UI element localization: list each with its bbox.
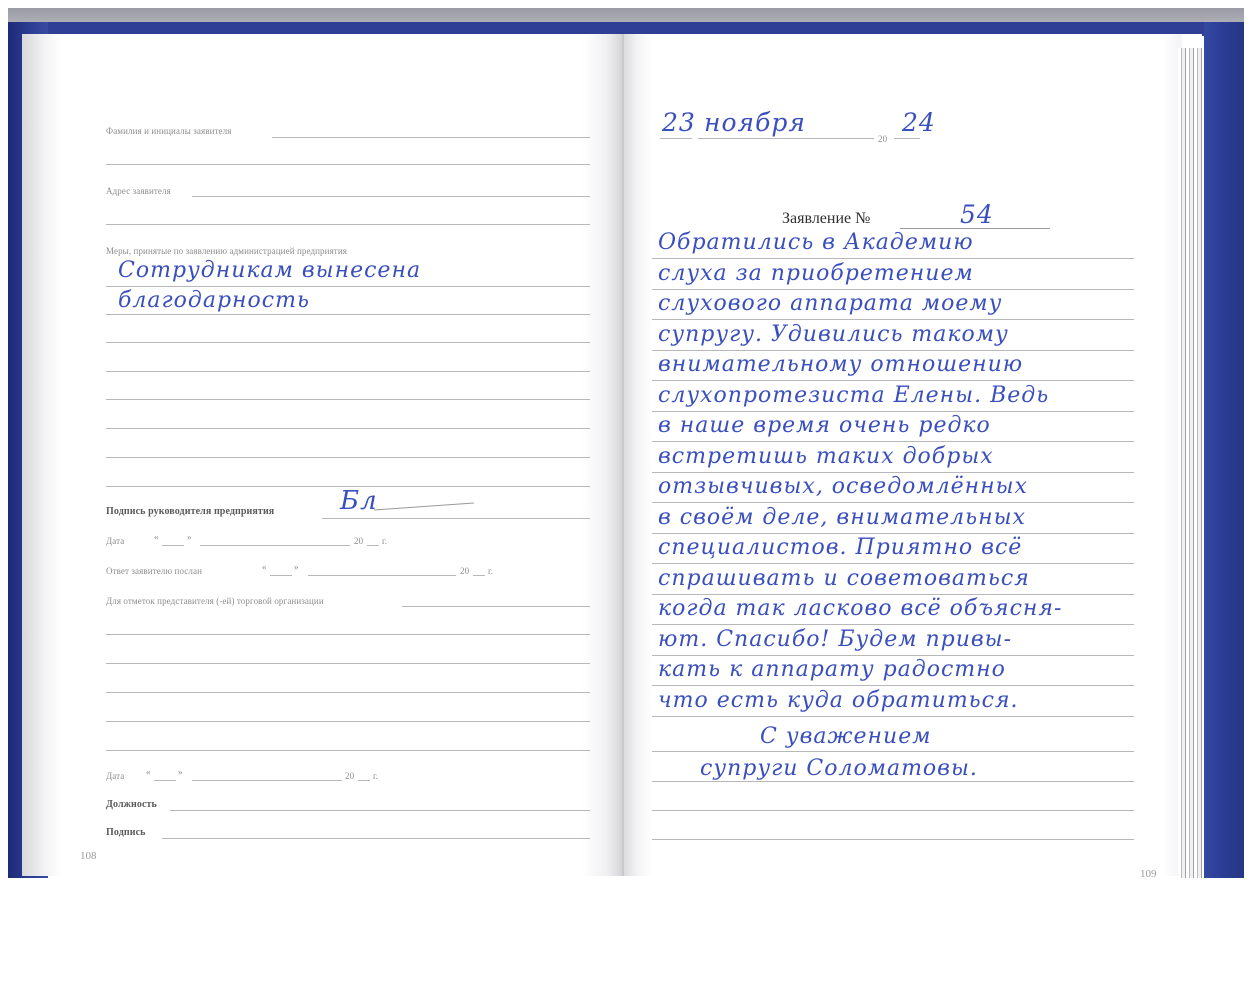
manager-signature-label: Подпись руководителя предприятия [106, 506, 274, 517]
statement-line-text: что есть куда обратиться. [658, 688, 1019, 713]
date-year-prefix: 20 [354, 536, 363, 546]
statement-ruled-line [652, 411, 1134, 412]
book-cover-right [1204, 22, 1244, 878]
page-number-right: 109 [1140, 868, 1157, 880]
date2-year-suffix: г. [373, 771, 378, 781]
applicant-name-line [272, 137, 590, 138]
reply-quote-open: « [262, 562, 267, 572]
signature-label: Подпись [106, 827, 146, 838]
date-year-line [367, 545, 379, 546]
reply-month-line [308, 575, 456, 576]
closing-line-2 [652, 781, 1134, 782]
statement-ruled-line [652, 289, 1134, 290]
measures-line-7 [106, 457, 590, 458]
date-year-prefix: 20 [878, 134, 887, 144]
closing-greeting: С уважением [760, 724, 931, 749]
statement-line-text: слуха за приобретением [658, 261, 974, 286]
reply-sent-label: Ответ заявителю послан [106, 566, 202, 576]
measures-line-2 [106, 314, 590, 315]
date-day-line [162, 545, 184, 546]
statement-line-text: спрашивать и советоваться [658, 566, 1030, 591]
date-day-underline [660, 138, 692, 139]
statement-line-text: ют. Спасибо! Будем привы- [658, 627, 1012, 652]
measures-line-6 [106, 428, 590, 429]
trade-org-line-4 [106, 692, 590, 693]
statement-ruled-line [652, 441, 1134, 442]
statement-line-text: Обратились в Академию [658, 230, 974, 255]
statement-line-text: в своём деле, внимательных [658, 505, 1026, 530]
date2-label: Дата [106, 771, 124, 781]
statement-ruled-line [652, 380, 1134, 381]
measures-line-4 [106, 371, 590, 372]
trade-org-label: Для отметок представителя (-ей) торговой… [106, 596, 324, 606]
statement-ruled-line [652, 319, 1134, 320]
measures-label: Меры, принятые по заявлению администраци… [106, 246, 347, 256]
statement-ruled-line [652, 472, 1134, 473]
statement-ruled-line [652, 655, 1134, 656]
statement-line-text: встретишь таких добрых [658, 444, 994, 469]
date2-quote-open: « [146, 767, 151, 777]
reply-year-line [473, 575, 485, 576]
date2-quote-close: » [178, 767, 183, 777]
measures-line-1 [106, 286, 590, 287]
page-number-left: 108 [80, 850, 97, 862]
date-year-underline [894, 138, 920, 139]
applicant-name-label: Фамилия и инициалы заявителя [106, 126, 231, 136]
statement-line-text: слухопротезиста Елены. Ведь [658, 383, 1049, 408]
measures-handwriting-2: благодарность [118, 288, 310, 313]
signature-line [162, 838, 590, 839]
trade-org-line-2 [106, 634, 590, 635]
left-page: Фамилия и инициалы заявителя Адрес заяви… [22, 34, 622, 876]
date-month-line [200, 545, 350, 546]
statement-number: 54 [960, 200, 994, 229]
statement-line-text: специалистов. Приятно всё [658, 535, 1022, 560]
manager-signature: Бл [340, 486, 378, 516]
date2-day-line [154, 780, 176, 781]
date-year-suffix: г. [382, 536, 387, 546]
statement-line-text: супругу. Удивились такому [658, 322, 1009, 347]
trade-org-line-5 [106, 721, 590, 722]
date2-month-line [192, 780, 342, 781]
statement-ruled-line [652, 533, 1134, 534]
applicant-address-line [192, 196, 590, 197]
statement-ruled-line [652, 716, 1134, 717]
statement-ruled-line [652, 258, 1134, 259]
applicant-name-line-2 [106, 164, 590, 165]
applicant-address-line-2 [106, 224, 590, 225]
date2-year-line [358, 780, 370, 781]
position-line [170, 810, 590, 811]
date2-year-prefix: 20 [345, 771, 354, 781]
page-edges [1178, 48, 1204, 878]
statement-line-text: отзывчивых, осведомлённых [658, 474, 1028, 499]
statement-line-text: в наше время очень редко [658, 413, 991, 438]
book-scan: Фамилия и инициалы заявителя Адрес заяви… [8, 8, 1244, 878]
statement-line-text: слухового аппарата моему [658, 291, 1002, 316]
date-quote-close: » [187, 532, 192, 542]
trade-org-line-6 [106, 750, 590, 751]
statement-ruled-line [652, 502, 1134, 503]
measures-line-3 [106, 342, 590, 343]
statement-ruled-line [652, 563, 1134, 564]
statement-line-text: кать к аппарату радостно [658, 657, 1006, 682]
position-label: Должность [106, 799, 157, 810]
date-label: Дата [106, 536, 124, 546]
closing-line-1 [652, 751, 1134, 752]
closing-line-3 [652, 810, 1134, 811]
trade-org-line-3 [106, 663, 590, 664]
trade-org-line [402, 606, 590, 607]
reply-day-line [270, 575, 292, 576]
statement-ruled-line [652, 685, 1134, 686]
date-month: ноября [704, 108, 806, 137]
measures-handwriting-1: Сотрудникам вынесена [118, 258, 421, 283]
date-year: 24 [902, 108, 936, 137]
statement-line-text: внимательному отношению [658, 352, 1023, 377]
reply-quote-close: » [294, 562, 299, 572]
statement-title: Заявление № [782, 210, 870, 228]
date-month-underline [698, 138, 874, 139]
applicant-address-label: Адрес заявителя [106, 186, 171, 196]
statement-line-text: когда так ласково всё объясня- [658, 596, 1062, 621]
date-day: 23 [662, 108, 696, 137]
right-page: 23 ноября 20 24 Заявление № 54 Обратилис… [624, 34, 1202, 876]
statement-ruled-line [652, 350, 1134, 351]
signature-stroke [374, 503, 474, 511]
closing-signature: супруги Соломатовы. [700, 756, 978, 781]
statement-ruled-line [652, 594, 1134, 595]
statement-ruled-line [652, 624, 1134, 625]
manager-signature-line [322, 518, 590, 519]
reply-year-prefix: 20 [460, 566, 469, 576]
closing-line-4 [652, 839, 1134, 840]
date-quote-open: « [154, 532, 159, 542]
reply-year-suffix: г. [488, 566, 493, 576]
measures-line-5 [106, 399, 590, 400]
